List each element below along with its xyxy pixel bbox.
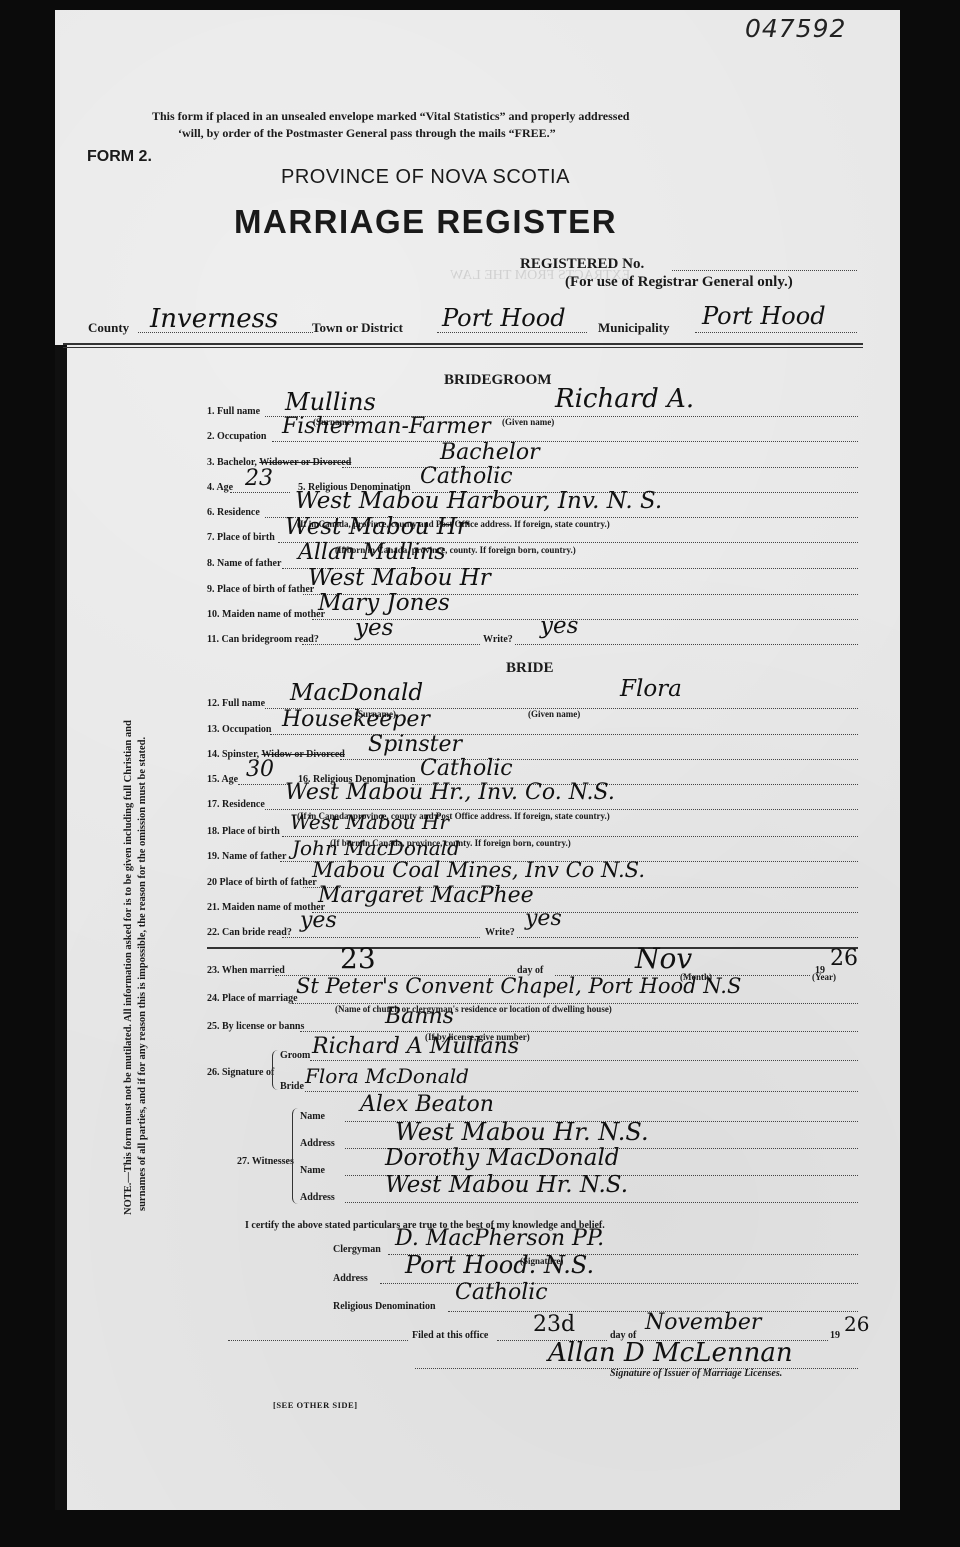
bride-age[interactable]: 30 [246,757,274,782]
when-married-label: 23. When married [207,965,285,976]
filed-label: Filed at this office [412,1330,488,1341]
bride-father-birthplace-label: 20 Place of birth of father [207,877,317,888]
county-value[interactable]: Inverness [150,304,278,334]
issuer-caption: Signature of Issuer of Marriage Licenses… [610,1368,782,1379]
bride-residence-label: 17. Residence [207,799,265,810]
bride-read-label: 22. Can bride read? [207,927,292,938]
bride-father-birthplace[interactable]: Mabou Coal Mines, Inv Co N.S. [312,858,645,882]
bride-father-label: 19. Name of father [207,851,286,862]
groom-occupation-line [272,441,858,442]
marriage-year-caption: (Year) [812,972,836,982]
bride-status-label: 14. Spinster, Widow or Divorced [207,749,345,760]
groom-signature[interactable]: Richard A Mullans [312,1034,519,1059]
municipality-value[interactable]: Port Hood [702,302,826,330]
municipality-dots [695,332,857,333]
groom-can-write[interactable]: yes [540,613,578,639]
bride-father-name[interactable]: John MacDonald [292,836,460,860]
issuer-signature[interactable]: Allan D McLennan [548,1338,793,1368]
place-of-marriage[interactable]: St Peter's Convent Chapel, Port Hood N.S [296,974,741,998]
groom-write-line [515,644,858,645]
witness1-address[interactable]: West Mabou Hr. N.S. [395,1118,649,1146]
bride-birthplace-label: 18. Place of birth [207,826,280,837]
signature-brace [272,1050,278,1090]
province-heading: PROVINCE OF NOVA SCOTIA [281,166,570,189]
bride-age-line [238,784,290,785]
bride-can-write[interactable]: yes [525,906,562,931]
side-note-line1: NOTE.—This form must not be mutilated. A… [122,720,136,1215]
signature-of-label: 26. Signature of [207,1067,274,1078]
bride-signature[interactable]: Flora McDonald [305,1064,469,1088]
side-note: NOTE.—This form must not be mutilated. A… [122,720,150,1215]
groom-age-line [230,492,290,493]
groom-status-struck: Widower or Divorced [259,457,351,468]
bride-marital-status[interactable]: Spinster [368,732,462,757]
town-label: Town or District [312,320,403,336]
groom-given-name[interactable]: Richard A. [555,384,694,414]
bride-full-name-label: 12. Full name [207,698,265,709]
witness2-address-label: Address [300,1192,335,1203]
clergyman-signature[interactable]: D. MacPherson PP. [395,1226,604,1251]
bride-heading: BRIDE [506,660,554,677]
groom-birthplace-label: 7. Place of birth [207,532,275,543]
witness2-name[interactable]: Dorothy MacDonald [385,1145,620,1171]
groom-given-caption: (Given name) [502,417,554,427]
witnesses-label: 27. Witnesses [237,1156,294,1167]
bride-mother-maiden-name[interactable]: Margaret MacPhee [318,883,534,908]
groom-surname[interactable]: Mullins [285,388,376,416]
groom-denomination[interactable]: Catholic [420,464,513,489]
groom-birthplace[interactable]: West Mabou Hr [285,514,468,540]
place-of-marriage-label: 24. Place of marriage [207,993,298,1004]
marriage-day[interactable]: 23 [340,942,376,975]
groom-mother-label: 10. Maiden name of mother [207,609,325,620]
double-rule-top [63,343,863,345]
bride-occupation-label: 13. Occupation [207,724,271,735]
groom-occupation[interactable]: Fisherman-Farmer [282,414,491,439]
side-note-line2: surnames of all parties, and if for any … [136,720,150,1215]
filed-month[interactable]: November [645,1310,761,1335]
bride-residence[interactable]: West Mabou Hr., Inv. Co. N.S. [285,780,615,805]
postal-notice-line2: ‘will, by order of the Postmaster Genera… [178,126,556,141]
witness2-address-line [345,1202,858,1203]
clergyman-address[interactable]: Port Hood. N.S. [405,1251,594,1279]
groom-marital-status[interactable]: Bachelor [440,440,540,465]
witnesses-brace [292,1108,298,1204]
document-number: 047592 [745,14,846,43]
clergyman-address-label: Address [333,1273,368,1284]
witness1-address-label: Address [300,1138,335,1149]
license-or-banns[interactable]: Banns [385,1004,454,1029]
registered-no-field[interactable] [672,270,857,271]
groom-residence-label: 6. Residence [207,507,260,518]
groom-father-birthplace[interactable]: West Mabou Hr [308,565,491,591]
town-dots [437,332,587,333]
registered-no-label: REGISTERED No. [520,256,644,273]
place-of-marriage-caption: (Name of church or clergyman's residence… [335,1004,612,1014]
filed-year-prefix: 19 [830,1330,840,1341]
groom-signature-label: Groom [280,1050,310,1061]
bride-write-line [517,937,858,938]
groom-mother-maiden-name[interactable]: Mary Jones [318,590,450,616]
bride-denomination[interactable]: Catholic [420,756,513,781]
clergyman-address-line [380,1283,858,1284]
form-number: FORM 2. [87,148,152,166]
clergyman-denomination-label: Religious Denomination [333,1301,436,1312]
groom-write-label: Write? [483,634,513,645]
clergyman-denomination[interactable]: Catholic [455,1280,548,1305]
bride-status-line [340,759,858,760]
filed-day[interactable]: 23d [533,1312,575,1337]
bride-occupation[interactable]: Housekeeper [282,707,430,732]
postal-notice-line1: This form if placed in an unsealed envel… [152,109,629,124]
groom-mother-line [312,619,858,620]
bride-given-name[interactable]: Flora [620,676,682,702]
filed-prefix-line [228,1340,408,1341]
witness2-address[interactable]: West Mabou Hr. N.S. [385,1172,628,1198]
county-label: County [88,320,129,336]
see-other-side: [SEE OTHER SIDE] [273,1400,358,1410]
marriage-year[interactable]: 26 [830,946,858,971]
groom-age[interactable]: 23 [245,466,273,491]
witness1-name[interactable]: Alex Beaton [360,1092,494,1117]
groom-full-name-label: 1. Full name [207,406,260,417]
license-line [300,1031,858,1032]
municipality-label: Municipality [598,320,670,336]
bride-surname[interactable]: MacDonald [290,680,423,706]
groom-father-label: 8. Name of father [207,558,281,569]
scan-shadow [55,345,67,1510]
bride-can-read[interactable]: yes [300,908,337,933]
section-divider [207,947,858,949]
clergyman-label: Clergyman [333,1244,381,1255]
town-value[interactable]: Port Hood [442,304,566,332]
groom-status-label: 3. Bachelor, Widower or Divorced [207,457,351,468]
bride-occupation-line [270,734,858,735]
groom-residence[interactable]: West Mabou Harbour, Inv. N. S. [295,488,662,514]
bride-read-line [282,937,480,938]
groom-occupation-label: 2. Occupation [207,431,266,442]
groom-father-name[interactable]: Allan Mullins [298,540,446,565]
groom-father-birthplace-label: 9. Place of birth of father [207,584,314,595]
page-title: MARRIAGE REGISTER [234,203,617,241]
marriage-month[interactable]: Nov [635,942,692,975]
license-label: 25. By license or banns [207,1021,304,1032]
groom-read-line [302,644,480,645]
witness1-name-label: Name [300,1111,325,1122]
witness2-name-label: Name [300,1165,325,1176]
filed-year[interactable]: 26 [844,1312,869,1336]
bridegroom-heading: BRIDEGROOM [444,372,552,389]
bride-age-label: 15. Age [207,774,238,785]
double-rule-bottom [63,347,863,348]
registrar-note: (For use of Registrar General only.) [565,274,793,291]
bride-signature-label: Bride [280,1081,304,1092]
groom-can-read[interactable]: yes [355,615,393,641]
bride-mother-line [312,912,858,913]
bride-write-label: Write? [485,927,515,938]
groom-signature-line [310,1060,858,1061]
bride-given-caption: (Given name) [528,709,580,719]
bride-birthplace[interactable]: West Mabou Hr [290,810,449,834]
